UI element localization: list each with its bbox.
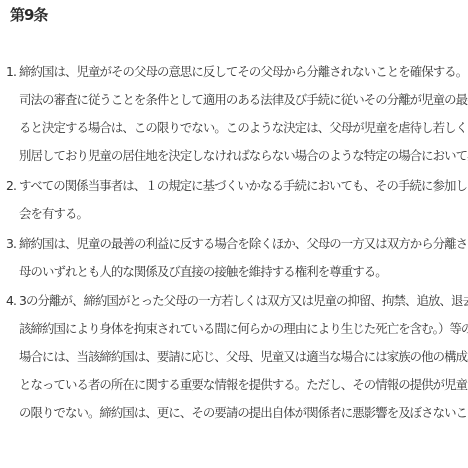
paragraph-line: の限りでない。締約国は、更に、その要請の提出自体が関係者に悪影響を及ぼさないこと… (6, 399, 464, 427)
paragraph-3: 3. 締約国は、児童の最善の利益に反する場合を除くほか、父母の一方又は双方から分… (6, 230, 464, 286)
paragraph-line: 司法の審査に従うことを条件として適用のある法律及び手続に従いその分離が児童の最善… (6, 86, 464, 114)
paragraph-line: 会を有する。 (6, 200, 464, 228)
paragraph-line: 2. すべての関係当事者は、１の規定に基づくいかなる手続においても、その手続に参… (6, 172, 464, 200)
paragraph-line: となっている者の所在に関する重要な情報を提供する。ただし、その情報の提供が児童の… (6, 371, 464, 399)
paragraph-line: 母のいずれとも人的な関係及び直接の接触を維持する権利を尊重する。 (6, 258, 464, 286)
paragraph-line: 4. 3の分離が、締約国がとった父母の一方若しくは双方又は児童の抑留、拘禁、追放… (6, 287, 464, 315)
paragraph-line: 1. 締約国は、児童がその父母の意思に反してその父母から分離されないことを確保す… (6, 58, 464, 86)
paragraph-line: 場合には、当該締約国は、要請に応じ、父母、児童又は適当な場合には家族の他の構成員… (6, 343, 464, 371)
article-title: 第9条 (10, 4, 47, 25)
paragraph-line: 3. 締約国は、児童の最善の利益に反する場合を除くほか、父母の一方又は双方から分… (6, 230, 464, 258)
paragraph-line: 別居しており児童の居住地を決定しなければならない場合のような特定の場合において必… (6, 142, 464, 170)
paragraph-4: 4. 3の分離が、締約国がとった父母の一方若しくは双方又は児童の抑留、拘禁、追放… (6, 287, 464, 427)
paragraph-1: 1. 締約国は、児童がその父母の意思に反してその父母から分離されないことを確保す… (6, 58, 464, 170)
paragraph-2: 2. すべての関係当事者は、１の規定に基づくいかなる手続においても、その手続に参… (6, 172, 464, 228)
paragraph-line: 該締約国により身体を拘束されている間に何らかの理由により生じた死亡を含む。）等の… (6, 315, 464, 343)
paragraph-line: ると決定する場合は、この限りでない。このような決定は、父母が児童を虐待し若しくは… (6, 114, 464, 142)
